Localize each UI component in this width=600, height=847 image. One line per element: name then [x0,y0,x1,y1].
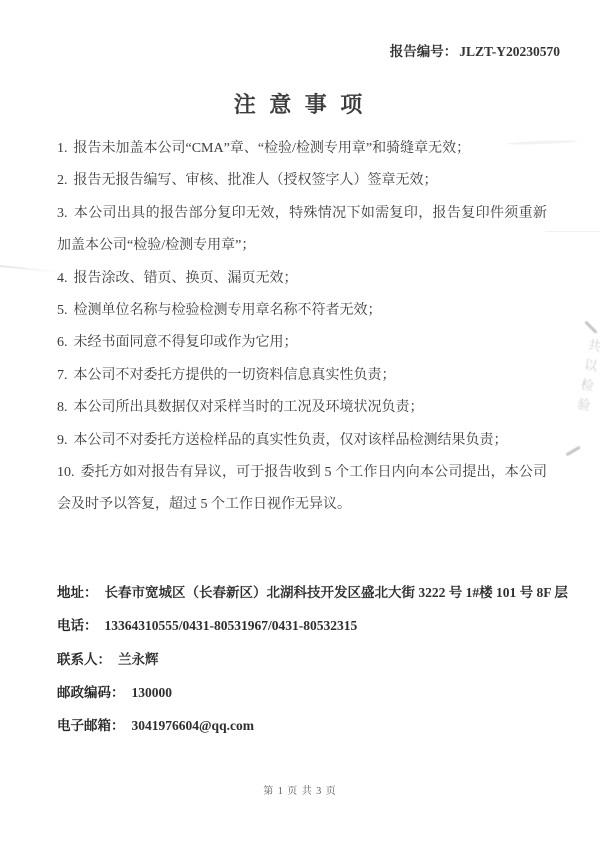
notice-item-text: 报告无报告编写、审核、批准人（授权签字人）签章无效； [74,173,438,188]
notice-item-text: 报告涂改、错页、换页、漏页无效； [74,271,298,286]
notice-list: 1.报告未加盖本公司“CMA”章、“检验/检测专用章”和骑缝章无效； 2.报告无… [57,133,547,522]
notice-item-10: 10.委托方如对报告有异议，可于报告收到 5 个工作日内向本公司提出，本公司会及… [57,457,547,522]
page-title: 注 意 事 项 [0,88,600,119]
contact-row-address: 地址：长春市宽城区（长春新区）北湖科技开发区盛北大街 3222 号 1#楼 10… [57,576,567,609]
contact-person-label: 联系人： [57,652,118,667]
address-label: 地址： [57,585,105,600]
notice-item-text: 本公司出具的报告部分复印无效，特殊情况下如需复印，报告复印件须重新加盖本公司“检… [57,206,547,253]
contact-row-postcode: 邮政编码：130000 [57,676,567,709]
phone-label: 电话： [57,618,105,633]
report-number-value: JLZT-Y20230570 [459,44,560,59]
notice-item-9: 9.本公司不对委托方送检样品的真实性负责，仅对该样品检测结果负责； [57,425,547,457]
notice-item-text: 未经书面同意不得复印或作为它用； [74,335,298,350]
contact-block: 地址：长春市宽城区（长春新区）北湖科技开发区盛北大街 3222 号 1#楼 10… [57,576,567,742]
notice-item-7: 7.本公司不对委托方提供的一切资料信息真实性负责； [57,360,547,392]
report-number: 报告编号：JLZT-Y20230570 [390,40,560,60]
contact-row-phone: 电话：13364310555/0431-80531967/0431-805323… [57,609,567,642]
notice-item-text: 检测单位名称与检验检测专用章名称不符者无效； [74,303,382,318]
notice-item-number: 4. [57,271,74,286]
notice-item-number: 2. [57,173,74,188]
address-value: 长春市宽城区（长春新区）北湖科技开发区盛北大街 3222 号 1#楼 101 号… [105,585,568,600]
notice-item-8: 8.本公司所出具数据仅对采样当时的工况及环境状况负责； [57,392,547,424]
notice-item-text: 本公司所出具数据仅对采样当时的工况及环境状况负责； [74,400,424,415]
notice-item-text: 委托方如对报告有异议，可于报告收到 5 个工作日内向本公司提出，本公司会及时予以… [57,465,547,512]
notice-item-1: 1.报告未加盖本公司“CMA”章、“检验/检测专用章”和骑缝章无效； [57,133,547,165]
notice-item-text: 报告未加盖本公司“CMA”章、“检验/检测专用章”和骑缝章无效； [74,141,471,156]
notice-item-2: 2.报告无报告编写、审核、批准人（授权签字人）签章无效； [57,165,547,197]
notice-item-3: 3.本公司出具的报告部分复印无效，特殊情况下如需复印，报告复印件须重新加盖本公司… [57,198,547,263]
notice-item-number: 8. [57,400,74,415]
email-value: 3041976604@qq.com [132,718,254,733]
contact-person-value: 兰永辉 [118,652,159,667]
notice-item-number: 3. [57,206,74,221]
report-number-label: 报告编号： [390,44,460,59]
stamp-bleed-artifact: 共以检验 [555,321,600,458]
phone-value: 13364310555/0431-80531967/0431-80532315 [105,618,358,633]
stamp-bleed-text: 共以检验 [571,337,600,419]
notice-item-5: 5.检测单位名称与检验检测专用章名称不符者无效； [57,295,547,327]
stamp-bleed-stroke [584,321,597,334]
notice-item-text: 本公司不对委托方提供的一切资料信息真实性负责； [74,368,396,383]
scan-artifact-line [0,265,58,273]
email-label: 电子邮箱： [57,718,132,733]
contact-row-person: 联系人：兰永辉 [57,643,567,676]
postcode-value: 130000 [132,685,173,700]
notice-item-number: 10. [57,465,81,480]
notice-item-number: 7. [57,368,74,383]
document-page: 报告编号：JLZT-Y20230570 注 意 事 项 1.报告未加盖本公司“C… [0,0,600,847]
page-footer: 第 1 页 共 3 页 [0,782,600,797]
notice-item-number: 1. [57,141,74,156]
stamp-bleed-stroke [566,446,581,457]
notice-item-text: 本公司不对委托方送检样品的真实性负责，仅对该样品检测结果负责； [74,433,508,448]
contact-row-email: 电子邮箱：3041976604@qq.com [57,709,567,742]
scan-artifact-line [545,231,600,232]
notice-item-6: 6.未经书面同意不得复印或作为它用； [57,327,547,359]
postcode-label: 邮政编码： [57,685,132,700]
notice-item-number: 9. [57,433,74,448]
notice-item-4: 4.报告涂改、错页、换页、漏页无效； [57,263,547,295]
notice-item-number: 6. [57,335,74,350]
notice-item-number: 5. [57,303,74,318]
